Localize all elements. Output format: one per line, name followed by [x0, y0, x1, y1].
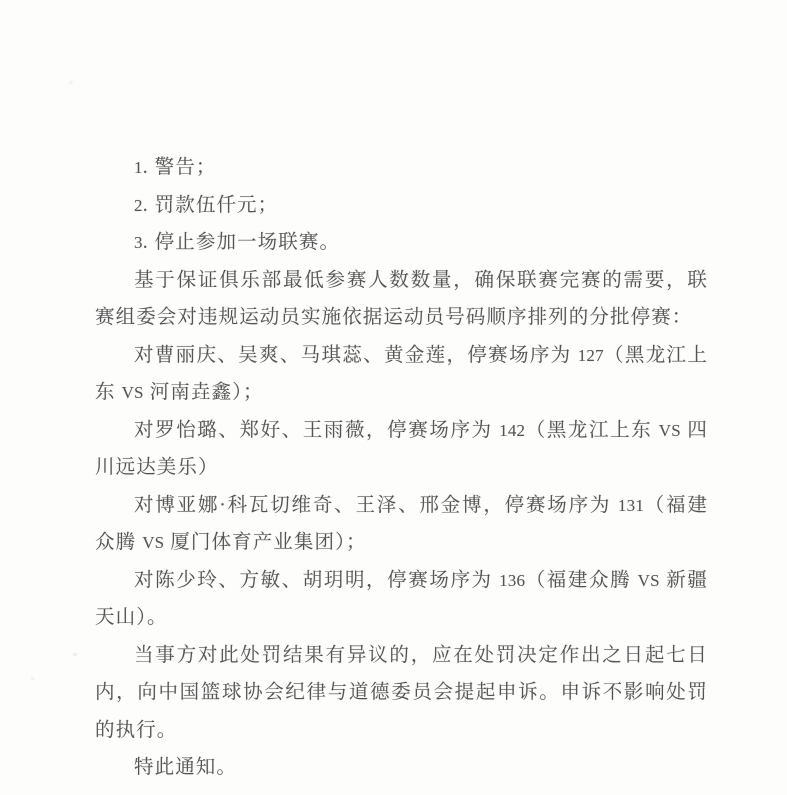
paragraph-closing: 特此通知。	[95, 749, 708, 787]
penalty-item-1: 1. 警告；	[95, 149, 708, 187]
paragraph-appeal-notice: 当事方对此处罚结果有异议的，应在处罚决定作出之日起七日内，向中国篮球协会纪律与道…	[95, 637, 708, 750]
penalty-item-2: 2. 罚款伍仟元；	[95, 187, 708, 225]
paragraph-suspension-batch-2: 对罗怡璐、郑好、王雨薇，停赛场序为 142（黑龙江上东 VS 四川远达美乐）	[95, 412, 708, 487]
notice-body: 1. 警告； 2. 罚款伍仟元； 3. 停止参加一场联赛。 基于保证俱乐部最低参…	[95, 149, 708, 787]
penalty-item-3: 3. 停止参加一场联赛。	[95, 224, 708, 262]
document-page: 1. 警告； 2. 罚款伍仟元； 3. 停止参加一场联赛。 基于保证俱乐部最低参…	[0, 0, 787, 795]
scan-speck	[73, 653, 77, 656]
paragraph-suspension-batch-1: 对曹丽庆、吴爽、马琪蕊、黄金莲，停赛场序为 127（黑龙江上东 VS 河南垚鑫）…	[95, 337, 708, 412]
paragraph-suspension-batch-4: 对陈少玲、方敏、胡玥明，停赛场序为 136（福建众腾 VS 新疆天山）。	[95, 562, 708, 637]
scan-speck	[69, 81, 73, 84]
paragraph-suspension-batch-3: 对博亚娜·科瓦切维奇、王泽、邢金博，停赛场序为 131（福建众腾 VS 厦门体育…	[95, 487, 708, 562]
scan-speck	[31, 677, 34, 680]
paragraph-batch-suspension-intro: 基于保证俱乐部最低参赛人数数量，确保联赛完赛的需要，联赛组委会对违规运动员实施依…	[95, 262, 708, 337]
